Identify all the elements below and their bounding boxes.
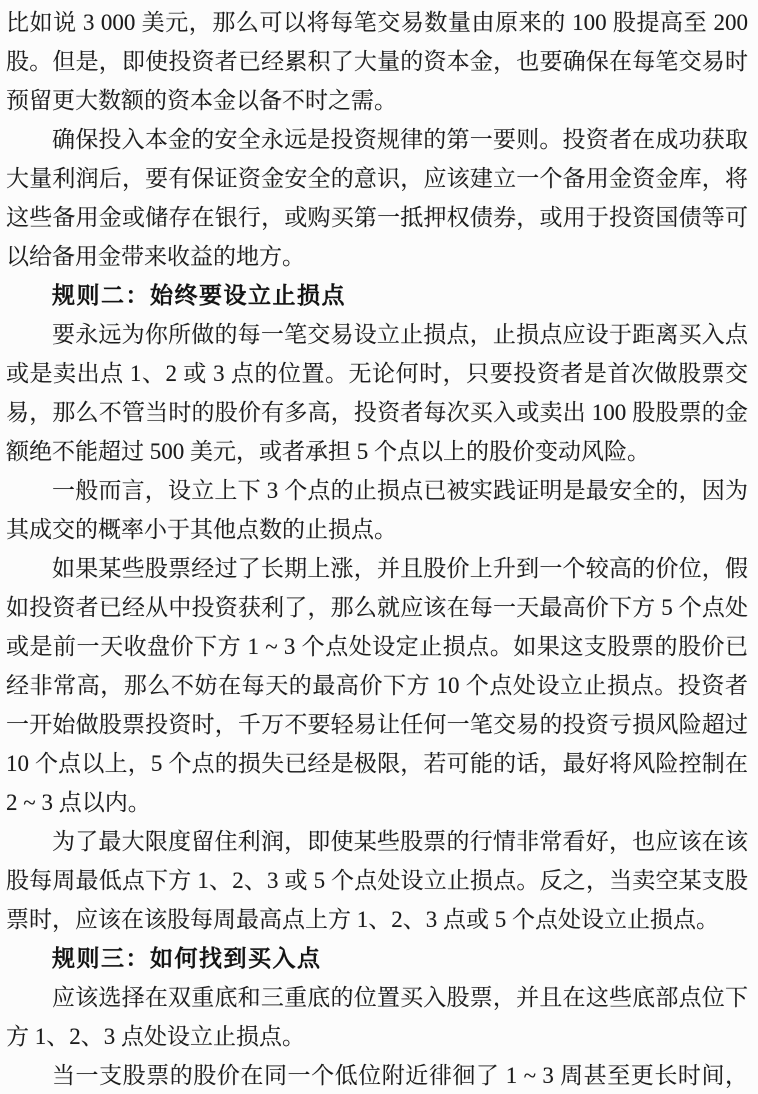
text-line: 其成交的概率小于其他点数的止损点。: [6, 510, 748, 549]
text-line: 方 1、2、3 点处设立止损点。: [6, 1017, 748, 1056]
text-line: 或是前一天收盘价下方 1 ~ 3 个点处设定止损点。如果这支股票的股价已: [6, 627, 748, 666]
text-line: 如果某些股票经过了长期上涨，并且股价上升到一个较高的价位，假: [6, 549, 748, 588]
text-line: 股。但是，即使投资者已经累积了大量的资本金，也要确保在每笔交易时: [6, 42, 748, 81]
text-line: 额绝不能超过 500 美元，或者承担 5 个点以上的股价变动风险。: [6, 432, 748, 471]
text-line: 要永远为你所做的每一笔交易设立止损点，止损点应设于距离买入点: [6, 315, 748, 354]
text-line: 易，那么不管当时的股价有多高，投资者每次买入或卖出 100 股股票的金: [6, 393, 748, 432]
book-page: 比如说 3 000 美元，那么可以将每笔交易数量由原来的 100 股提高至 20…: [0, 0, 758, 1094]
text-line: 一开始做股票投资时，千万不要轻易让任何一笔交易的投资亏损风险超过: [6, 705, 748, 744]
text-line: 确保投入本金的安全永远是投资规律的第一要则。投资者在成功获取: [6, 120, 748, 159]
section-heading: 规则二：始终要设立止损点: [6, 276, 748, 315]
text-line: 为了最大限度留住利润，即使某些股票的行情非常看好，也应该在该: [6, 822, 748, 861]
text-line: 大量利润后，要有保证资金安全的意识，应该建立一个备用金资金库，将: [6, 159, 748, 198]
text-line: 当一支股票的股价在同一个低位附近徘徊了 1 ~ 3 周甚至更长时间，: [6, 1056, 748, 1094]
text-line: 这些备用金或储存在银行，或购买第一抵押权债券，或用于投资国债等可: [6, 198, 748, 237]
text-line: 应该选择在双重底和三重底的位置买入股票，并且在这些底部点位下: [6, 978, 748, 1017]
text-line: 经非常高，那么不妨在每天的最高价下方 10 个点处设立止损点。投资者: [6, 666, 748, 705]
text-line: 票时，应该在该股每周最高点上方 1、2、3 点或 5 个点处设立止损点。: [6, 900, 748, 939]
text-line: 股每周最低点下方 1、2、3 或 5 个点处设立止损点。反之，当卖空某支股: [6, 861, 748, 900]
text-line: 或是卖出点 1、2 或 3 点的位置。无论何时，只要投资者是首次做股票交: [6, 354, 748, 393]
text-line: 10 个点以上，5 个点的损失已经是极限，若可能的话，最好将风险控制在: [6, 744, 748, 783]
section-heading: 规则三：如何找到买入点: [6, 939, 748, 978]
text-line: 以给备用金带来收益的地方。: [6, 237, 748, 276]
text-line: 一般而言，设立上下 3 个点的止损点已被实践证明是最安全的，因为: [6, 471, 748, 510]
text-line: 如投资者已经从中投资获利了，那么就应该在每一天最高价下方 5 个点处: [6, 588, 748, 627]
text-line: 比如说 3 000 美元，那么可以将每笔交易数量由原来的 100 股提高至 20…: [6, 3, 748, 42]
text-line: 2 ~ 3 点以内。: [6, 783, 748, 822]
text-line: 预留更大数额的资本金以备不时之需。: [6, 81, 748, 120]
